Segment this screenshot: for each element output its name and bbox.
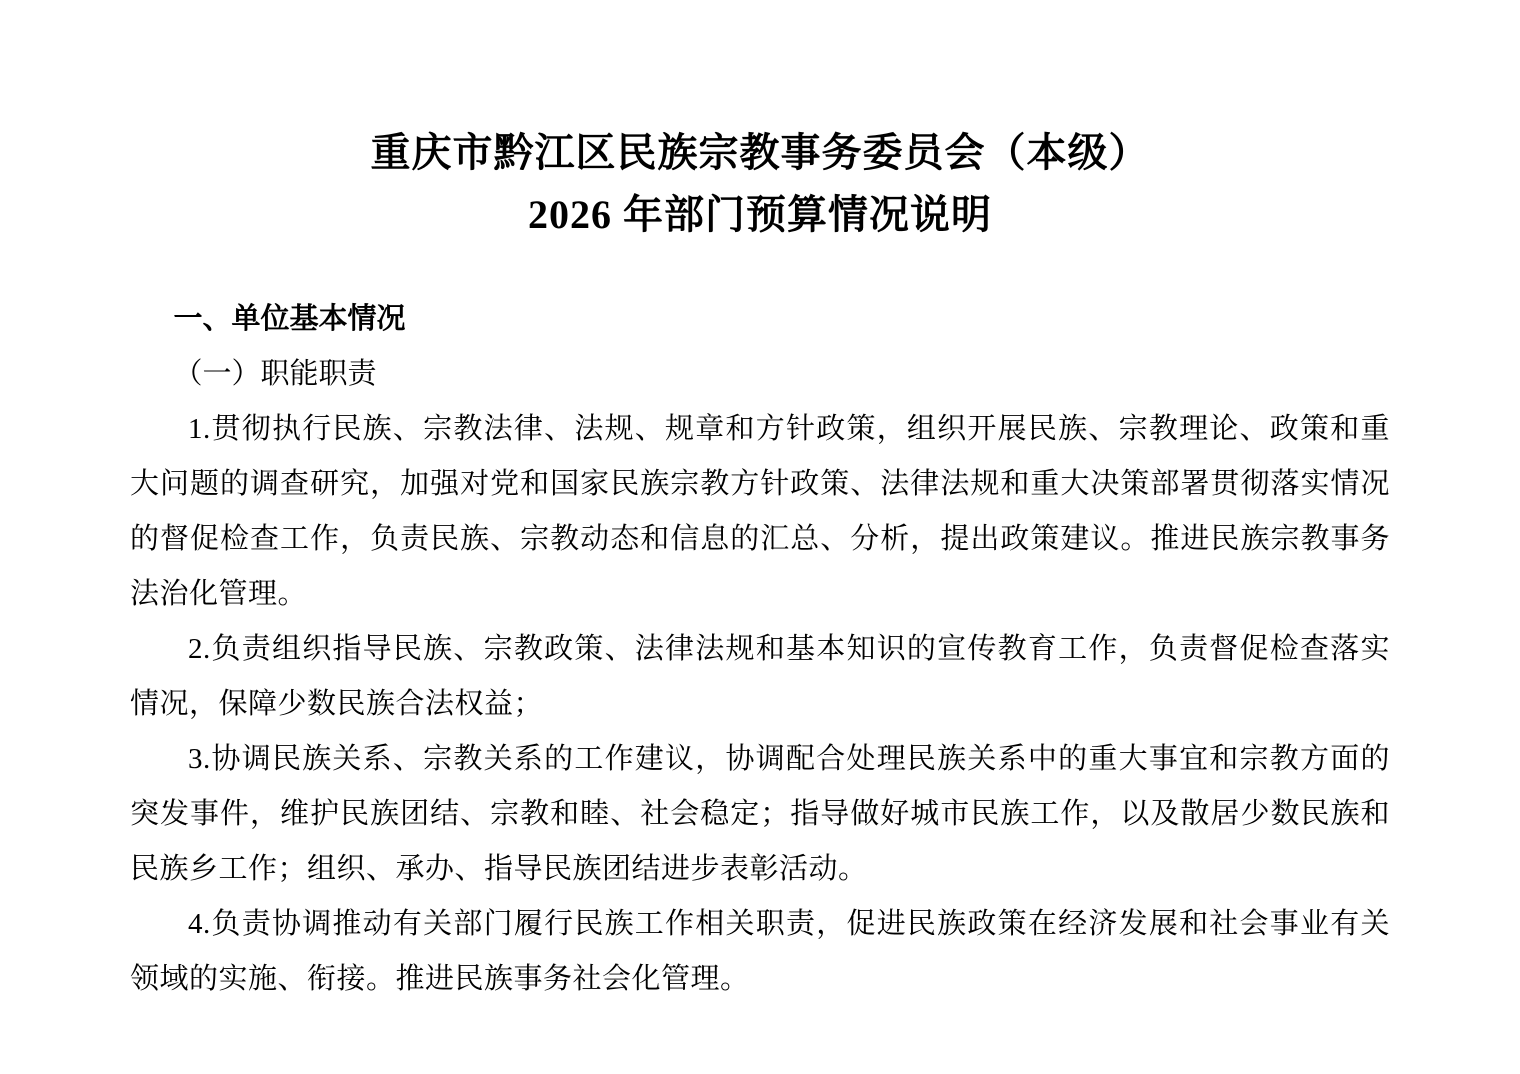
duty-paragraph-2: 2.负责组织指导民族、宗教政策、法律法规和基本知识的宣传教育工作，负责督促检查落… (130, 622, 1390, 732)
document-title: 重庆市黔江区民族宗教事务委员会（本级） 2026 年部门预算情况说明 (130, 122, 1390, 246)
duty-paragraph-3: 3.协调民族关系、宗教关系的工作建议，协调配合处理民族关系中的重大事宜和宗教方面… (130, 732, 1390, 897)
duty-paragraph-4: 4.负责协调推动有关部门履行民族工作相关职责，促进民族政策在经济发展和社会事业有… (130, 897, 1390, 1007)
document-page: 重庆市黔江区民族宗教事务委员会（本级） 2026 年部门预算情况说明 一、单位基… (0, 0, 1520, 1074)
section-heading-basic-info: 一、单位基本情况 (130, 292, 1390, 347)
document-title-line1: 重庆市黔江区民族宗教事务委员会（本级） (371, 130, 1150, 175)
document-title-line2: 2026 年部门预算情况说明 (528, 192, 992, 237)
subsection-heading-duties: （一）职能职责 (130, 347, 1390, 402)
duty-paragraph-1: 1.贯彻执行民族、宗教法律、法规、规章和方针政策，组织开展民族、宗教理论、政策和… (130, 402, 1390, 622)
